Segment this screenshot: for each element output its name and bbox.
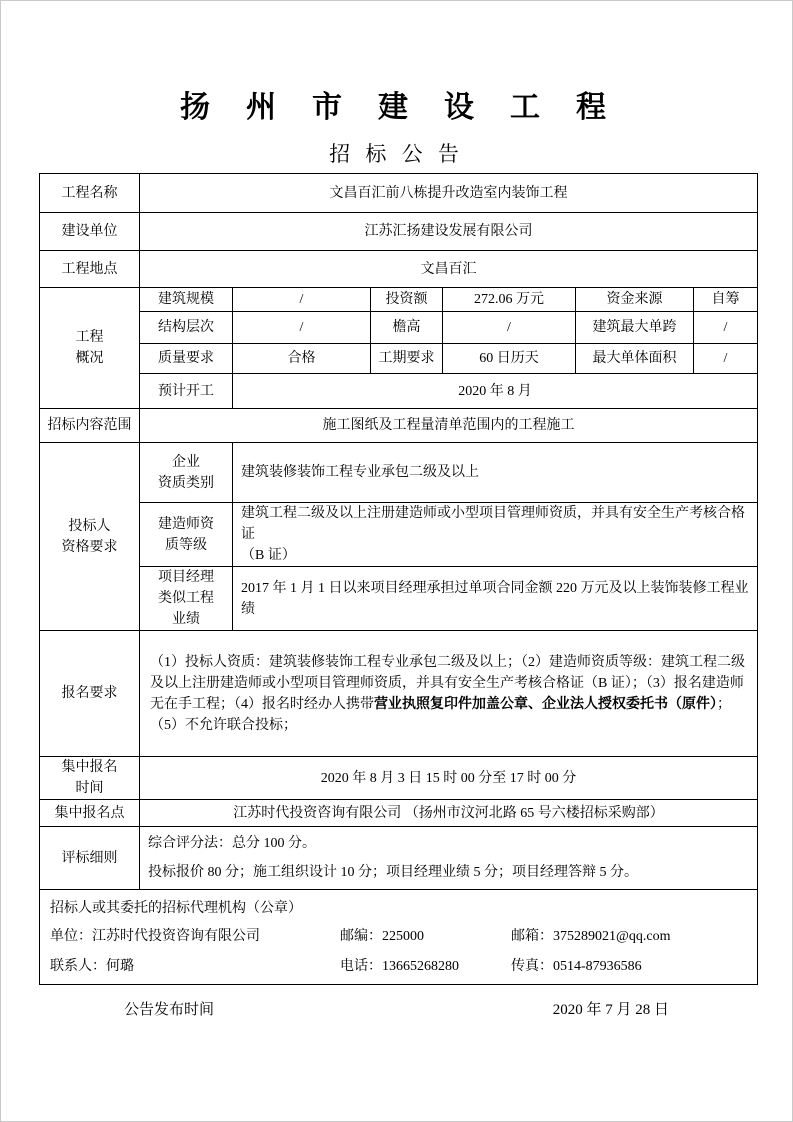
table-row: 工程 概况 建筑规模 / 投资额 272.06 万元 资金来源 自筹 xyxy=(40,288,758,312)
signup-place-value: 江苏时代投资咨询有限公司 （扬州市汶河北路 65 号六楼招标采购部） xyxy=(140,800,758,827)
qualification-label: 投标人 资格要求 xyxy=(40,443,140,631)
project-name-label: 工程名称 xyxy=(40,174,140,213)
table-row: 建设单位 江苏汇扬建设发展有限公司 xyxy=(40,213,758,251)
signup-time-value: 2020 年 8 月 3 日 15 时 00 分至 17 时 00 分 xyxy=(140,757,758,800)
agency-email: 邮箱：375289021@qq.com xyxy=(511,926,747,948)
agency-unit: 单位：江苏时代投资咨询有限公司 xyxy=(50,926,340,948)
manager-record-label: 项目经理 类似工程 业绩 xyxy=(140,567,233,631)
overview-r1-c2: 投资额 xyxy=(371,288,443,312)
overview-r2-v1: / xyxy=(233,312,371,344)
table-row: 报名要求 （1）投标人资质：建筑装修装饰工程专业承包二级及以上；（2）建造师资质… xyxy=(40,631,758,757)
signup-req-label: 报名要求 xyxy=(40,631,140,757)
tender-table: 工程名称 文昌百汇前八栋提升改造室内装饰工程 建设单位 江苏汇扬建设发展有限公司… xyxy=(39,173,758,985)
evaluation-label: 评标细则 xyxy=(40,827,140,890)
enterprise-qual-label: 企业 资质类别 xyxy=(140,443,233,503)
publish-row: 公告发布时间 2020 年 7 月 28 日 xyxy=(1,998,792,1019)
agency-fax: 传真：0514-87936586 xyxy=(511,956,747,978)
overview-r1-c3: 资金来源 xyxy=(576,288,694,312)
overview-label: 工程 概况 xyxy=(40,288,140,409)
agency-contact-grid: 单位：江苏时代投资咨询有限公司 邮编：225000 邮箱：375289021@q… xyxy=(50,926,747,978)
table-row: 项目经理 类似工程 业绩 2017 年 1 月 1 日以来项目经理承担过单项合同… xyxy=(40,567,758,631)
overview-r2-c1: 结构层次 xyxy=(140,312,233,344)
overview-r2-v3: / xyxy=(694,312,758,344)
overview-r3-c3: 最大单体面积 xyxy=(576,344,694,374)
overview-r3-v3: / xyxy=(694,344,758,374)
overview-r3-v1: 合格 xyxy=(233,344,371,374)
document-page: 扬 州 市 建 设 工 程 招 标 公 告 工程名称 文昌百汇前八栋提升改造室内… xyxy=(0,0,793,1122)
overview-r2-c3: 建筑最大单跨 xyxy=(576,312,694,344)
agency-postcode: 邮编：225000 xyxy=(340,926,511,948)
overview-r1-c1: 建筑规模 xyxy=(140,288,233,312)
agency-block: 招标人或其委托的招标代理机构（公章） 单位：江苏时代投资咨询有限公司 邮编：22… xyxy=(40,890,758,985)
evaluation-line1: 综合评分法：总分 100 分。 xyxy=(148,829,749,858)
page-subtitle: 招 标 公 告 xyxy=(1,141,792,167)
scope-label: 招标内容范围 xyxy=(40,409,140,443)
overview-r1-v3: 自筹 xyxy=(694,288,758,312)
agency-contact: 联系人：何璐 xyxy=(50,956,340,978)
signup-req-text-bold: 营业执照复印件加盖公章、企业法人授权委托书（原件） xyxy=(374,697,717,712)
table-row: 招标人或其委托的招标代理机构（公章） 单位：江苏时代投资咨询有限公司 邮编：22… xyxy=(40,890,758,985)
table-row: 质量要求 合格 工期要求 60 日历天 最大单体面积 / xyxy=(40,344,758,374)
build-unit-label: 建设单位 xyxy=(40,213,140,251)
agency-phone: 电话：13665268280 xyxy=(340,956,511,978)
overview-r3-c2: 工期要求 xyxy=(371,344,443,374)
overview-r2-v2: / xyxy=(443,312,576,344)
builder-qual-label: 建造师资 质等级 xyxy=(140,503,233,567)
start-date-value: 2020 年 8 月 xyxy=(233,374,758,409)
location-label: 工程地点 xyxy=(40,251,140,288)
overview-r2-c2: 檐高 xyxy=(371,312,443,344)
page-title: 扬 州 市 建 设 工 程 xyxy=(1,91,792,125)
table-row: 集中报名 时间 2020 年 8 月 3 日 15 时 00 分至 17 时 0… xyxy=(40,757,758,800)
enterprise-qual-value: 建筑装修装饰工程专业承包二级及以上 xyxy=(233,443,758,503)
location-value: 文昌百汇 xyxy=(140,251,758,288)
table-row: 工程名称 文昌百汇前八栋提升改造室内装饰工程 xyxy=(40,174,758,213)
table-row: 评标细则 综合评分法：总分 100 分。 投标报价 80 分；施工组织设计 10… xyxy=(40,827,758,890)
overview-r3-v2: 60 日历天 xyxy=(443,344,576,374)
overview-r1-v1: / xyxy=(233,288,371,312)
signup-place-label: 集中报名点 xyxy=(40,800,140,827)
signup-req-value: （1）投标人资质：建筑装修装饰工程专业承包二级及以上；（2）建造师资质等级：建筑… xyxy=(140,631,758,757)
scope-value: 施工图纸及工程量清单范围内的工程施工 xyxy=(140,409,758,443)
publish-date: 2020 年 7 月 28 日 xyxy=(553,998,669,1019)
evaluation-line2: 投标报价 80 分；施工组织设计 10 分；项目经理业绩 5 分；项目经理答辩 … xyxy=(148,858,749,887)
builder-qual-value: 建筑工程二级及以上注册建造师或小型项目管理师资质，并具有安全生产考核合格证 （B… xyxy=(233,503,758,567)
project-name-value: 文昌百汇前八栋提升改造室内装饰工程 xyxy=(140,174,758,213)
table-row: 投标人 资格要求 企业 资质类别 建筑装修装饰工程专业承包二级及以上 xyxy=(40,443,758,503)
agency-title: 招标人或其委托的招标代理机构（公章） xyxy=(50,896,747,922)
manager-record-value: 2017 年 1 月 1 日以来项目经理承担过单项合同金额 220 万元及以上装… xyxy=(233,567,758,631)
table-row: 招标内容范围 施工图纸及工程量清单范围内的工程施工 xyxy=(40,409,758,443)
signup-time-label: 集中报名 时间 xyxy=(40,757,140,800)
table-row: 建造师资 质等级 建筑工程二级及以上注册建造师或小型项目管理师资质，并具有安全生… xyxy=(40,503,758,567)
start-date-label: 预计开工 xyxy=(140,374,233,409)
table-row: 结构层次 / 檐高 / 建筑最大单跨 / xyxy=(40,312,758,344)
build-unit-value: 江苏汇扬建设发展有限公司 xyxy=(140,213,758,251)
evaluation-value: 综合评分法：总分 100 分。 投标报价 80 分；施工组织设计 10 分；项目… xyxy=(140,827,758,890)
overview-r3-c1: 质量要求 xyxy=(140,344,233,374)
table-row: 集中报名点 江苏时代投资咨询有限公司 （扬州市汶河北路 65 号六楼招标采购部） xyxy=(40,800,758,827)
overview-r1-v2: 272.06 万元 xyxy=(443,288,576,312)
table-row: 工程地点 文昌百汇 xyxy=(40,251,758,288)
table-row: 预计开工 2020 年 8 月 xyxy=(40,374,758,409)
publish-label: 公告发布时间 xyxy=(124,998,214,1019)
